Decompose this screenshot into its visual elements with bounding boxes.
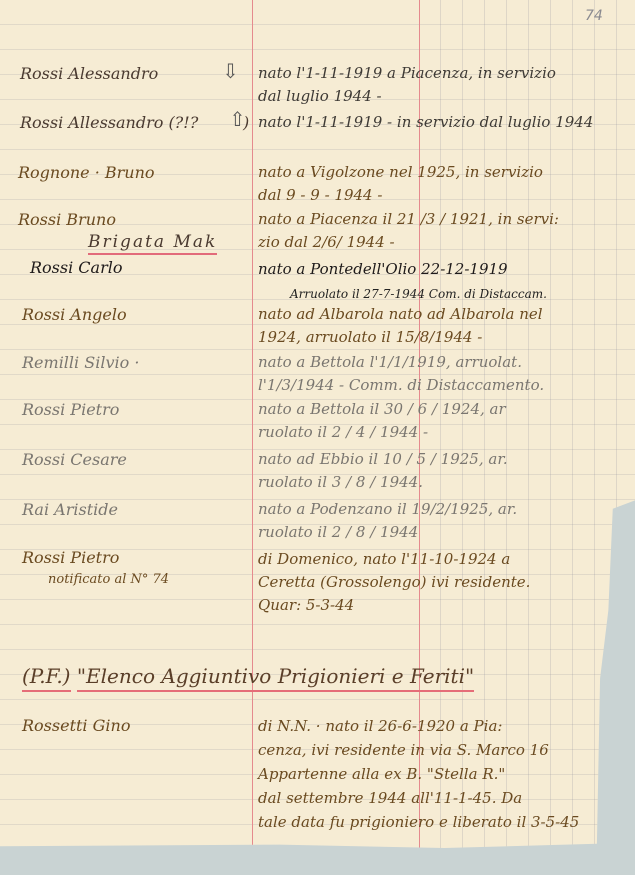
entry-name: Rognone · Bruno <box>18 163 155 182</box>
section-prefix: (P.F.) <box>22 664 71 692</box>
section-title: (P.F.) "Elenco Aggiuntivo Prigionieri e … <box>22 664 474 688</box>
entry-text: di Domenico, nato l'11-10-1924 a Ceretta… <box>258 548 618 617</box>
up-arrow-icon: ⇧ <box>229 108 243 130</box>
entry-name: Rossi Cesare <box>22 450 127 469</box>
entry-text: nato a Pontedell'Olio 22-12-1919 <box>258 258 618 281</box>
page-number: 74 <box>585 8 603 24</box>
entry-name: Rossi Carlo <box>30 258 122 277</box>
entry-text: nato a Bettola l'1/1/1919, arruolat. l'1… <box>258 351 618 397</box>
entry-text: nato l'1-11-1919 a Piacenza, in servizio… <box>258 62 618 108</box>
entry-name: Rossi Pietro <box>22 400 119 419</box>
entry-text: nato a Bettola il 30 / 6 / 1924, ar ruol… <box>258 398 618 444</box>
entry-name: Rossi Pietro <box>22 548 119 567</box>
entry-text: nato a Vigolzone nel 1925, in servizio d… <box>258 161 618 207</box>
entry-text: nato a Piacenza il 21 /3 / 1921, in serv… <box>258 208 618 254</box>
entry-text: nato ad Ebbio il 10 / 5 / 1925, ar. ruol… <box>258 448 618 494</box>
down-arrow-icon: ⇩ <box>222 60 236 82</box>
entry-name: Rossetti Gino <box>22 716 130 735</box>
entry-text: nato l'1-11-1919 - in servizio dal lugli… <box>258 111 618 134</box>
entry-name: Rossi Allessandro (?!? <box>20 113 198 132</box>
annotation: Arruolato il 27-7-1944 Com. di Distaccam… <box>290 287 547 301</box>
entry-text: di N.N. · nato il 26-6-1920 a Pia: cenza… <box>258 714 618 834</box>
entry-text: nato a Podenzano il 19/2/1925, ar. ruola… <box>258 498 618 544</box>
margin-rule-left <box>252 0 253 848</box>
entry-name: Rossi Alessandro <box>20 64 158 83</box>
entry-name: Remilli Silvio · <box>22 353 139 372</box>
entry-text: nato ad Albarola nato ad Albarola nel 19… <box>258 303 618 349</box>
entry-subnote: notificato al N° 74 <box>48 572 169 587</box>
section-heading: "Elenco Aggiuntivo Prigionieri e Feriti" <box>77 664 474 692</box>
entry-name-paren: ) <box>243 113 249 132</box>
entry-name: Rai Aristide <box>22 500 118 519</box>
document-sheet: 74 Rossi Alessandro ⇩ nato l'1-11-1919 a… <box>0 0 635 848</box>
entry-name: Rossi Angelo <box>22 305 127 324</box>
brigade-label: Brigata Mak <box>88 232 217 255</box>
entry-name: Rossi Bruno <box>18 210 116 229</box>
